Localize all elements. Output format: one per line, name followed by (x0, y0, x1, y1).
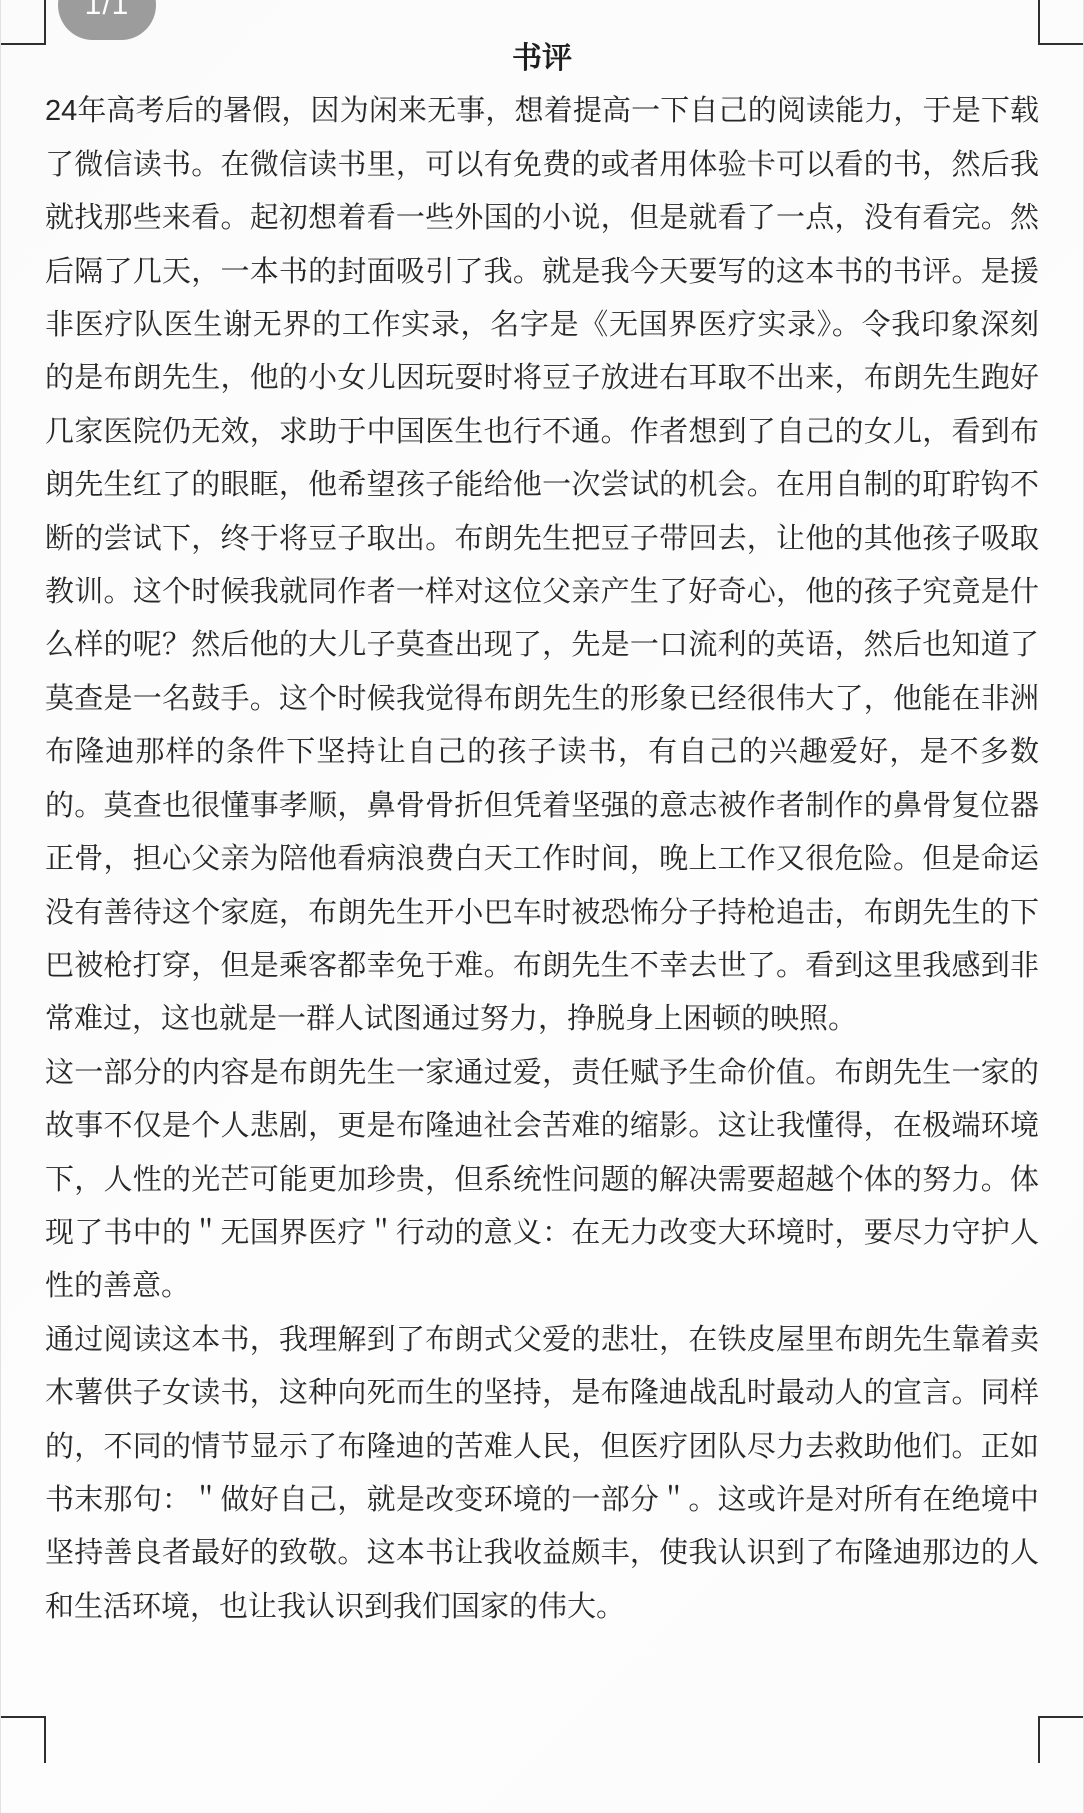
text-line: 现了书中的＂无国界医疗＂行动的意义：在无力改变大环境时，要尽力守护人 (45, 1207, 1039, 1260)
text-line: 的是布朗先生，他的小女儿因玩耍时将豆子放进右耳取不出来，布朗先生跑好 (45, 352, 1039, 405)
crop-mark-bottom-left-v-icon (44, 1716, 46, 1763)
document-body: 24年高考后的暑假，因为闲来无事，想着提高一下自己的阅读能力，于是下载了微信读书… (45, 85, 1039, 1634)
text-line: 非医疗队医生谢无界的工作实录，名字是《无国界医疗实录》。令我印象深刻 (45, 299, 1039, 352)
text-line: 教训。这个时候我就同作者一样对这位父亲产生了好奇心，他的孩子究竟是什 (45, 566, 1039, 619)
text-line: 下，人性的光芒可能更加珍贵，但系统性问题的解决需要超越个体的努力。体 (45, 1154, 1039, 1207)
text-line: 常难过，这也就是一群人试图通过努力，挣脱身上困顿的映照。 (45, 993, 1039, 1046)
text-line: 正骨，担心父亲为陪他看病浪费白天工作时间，晚上工作又很危险。但是命运 (45, 833, 1039, 886)
text-line: 24年高考后的暑假，因为闲来无事，想着提高一下自己的阅读能力，于是下载 (45, 85, 1039, 138)
crop-mark-top-right-h-icon (1040, 43, 1084, 45)
text-line: 木薯供子女读书，这种向死而生的坚持，是布隆迪战乱时最动人的宣言。同样 (45, 1367, 1039, 1420)
text-line: 性的善意。 (45, 1260, 1039, 1313)
text-line: 后隔了几天，一本书的封面吸引了我。就是我今天要写的这本书的书评。是援 (45, 246, 1039, 299)
text-line: 没有善待这个家庭，布朗先生开小巴车时被恐怖分子持枪追击，布朗先生的下 (45, 887, 1039, 940)
text-line: 几家医院仍无效，求助于中国医生也行不通。作者想到了自己的女儿，看到布 (45, 406, 1039, 459)
text-line: 巴被枪打穿，但是乘客都幸免于难。布朗先生不幸去世了。看到这里我感到非 (45, 940, 1039, 993)
text-line: 的，不同的情节显示了布隆迪的苦难人民，但医疗团队尽力去救助他们。正如 (45, 1421, 1039, 1474)
text-line: 的。莫查也很懂事孝顺，鼻骨骨折但凭着坚强的意志被作者制作的鼻骨复位器 (45, 780, 1039, 833)
text-line: 了微信读书。在微信读书里，可以有免费的或者用体验卡可以看的书，然后我 (45, 139, 1039, 192)
crop-mark-bottom-left-h-icon (1, 1716, 46, 1718)
crop-mark-top-left-h-icon (1, 43, 46, 45)
text-line: 莫查是一名鼓手。这个时候我觉得布朗先生的形象已经很伟大了，他能在非洲 (45, 673, 1039, 726)
text-line: 书末那句：＂做好自己，就是改变环境的一部分＂。这或许是对所有在绝境中 (45, 1474, 1039, 1527)
text-line: 这一部分的内容是布朗先生一家通过爱，责任赋予生命价值。布朗先生一家的 (45, 1047, 1039, 1100)
text-line: 坚持善良者最好的致敬。这本书让我收益颇丰，使我认识到了布隆迪那边的人 (45, 1527, 1039, 1580)
text-line: 通过阅读这本书，我理解到了布朗式父爱的悲壮，在铁皮屋里布朗先生靠着卖 (45, 1314, 1039, 1367)
crop-mark-bottom-right-h-icon (1040, 1716, 1084, 1718)
document-page: 书评 24年高考后的暑假，因为闲来无事，想着提高一下自己的阅读能力，于是下载了微… (45, 0, 1039, 1634)
text-line: 和生活环境，也让我认识到我们国家的伟大。 (45, 1581, 1039, 1634)
text-line: 故事不仅是个人悲剧，更是布隆迪社会苦难的缩影。这让我懂得，在极端环境 (45, 1100, 1039, 1153)
text-line: 朗先生红了的眼眶，他希望孩子能给他一次尝试的机会。在用自制的耵聍钩不 (45, 459, 1039, 512)
text-line: 就找那些来看。起初想着看一些外国的小说，但是就看了一点，没有看完。然 (45, 192, 1039, 245)
text-line: 么样的呢？然后他的大儿子莫查出现了，先是一口流利的英语，然后也知道了 (45, 619, 1039, 672)
crop-mark-bottom-right-v-icon (1038, 1716, 1040, 1763)
document-title: 书评 (45, 32, 1039, 85)
text-line: 布隆迪那样的条件下坚持让自己的孩子读书，有自己的兴趣爱好，是不多数 (45, 726, 1039, 779)
text-line: 断的尝试下，终于将豆子取出。布朗先生把豆子带回去，让他的其他孩子吸取 (45, 513, 1039, 566)
page-root: { "page_indicator": { "label": "1/1" }, … (0, 0, 1084, 1813)
